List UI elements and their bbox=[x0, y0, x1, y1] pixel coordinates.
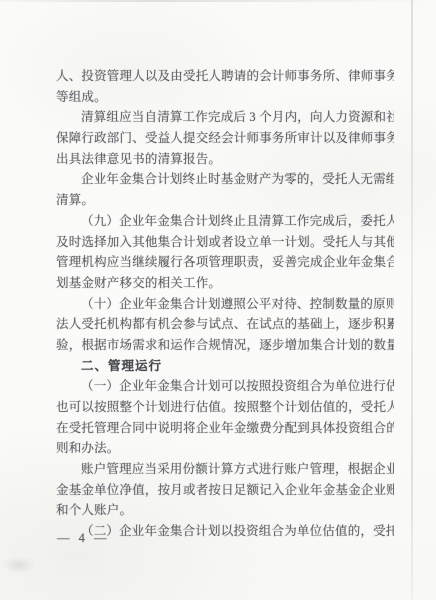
text-line: 和个人账户。 bbox=[56, 500, 394, 521]
page-number: — 4 — bbox=[57, 528, 110, 548]
text-line: 也可以按照整个计划进行估值。按照整个计划估值的，受托人须 bbox=[56, 397, 394, 418]
text-line: 则和办法。 bbox=[56, 438, 394, 459]
text-line: （十）企业年金集合计划遵照公平对待、控制数量的原则，各 bbox=[56, 294, 394, 315]
text-line: 清算。 bbox=[56, 190, 394, 211]
text-line: 金基金单位净值，按月或者按日足额记入企业年金基金企业账户 bbox=[56, 480, 394, 501]
scan-edge-line-artifact bbox=[411, 0, 413, 600]
text-line: 清算组应当自清算工作完成后 3 个月内，向人力资源和社会 bbox=[56, 107, 394, 128]
section-heading: 二、管理运行 bbox=[56, 356, 394, 377]
text-line: 人、投资管理人以及由受托人聘请的会计师事务所、律师事务所 bbox=[56, 66, 394, 87]
scanned-document-page: 人、投资管理人以及由受托人聘请的会计师事务所、律师事务所 等组成。 清算组应当自… bbox=[0, 0, 436, 600]
scan-smudge-artifact bbox=[2, 556, 36, 574]
text-line: 出具法律意见书的清算报告。 bbox=[56, 149, 394, 170]
text-line: 及时选择加入其他集合计划或者设立单一计划。受托人与其他各 bbox=[56, 232, 394, 253]
text-line: 保障行政部门、受益人提交经会计师事务所审计以及律师事务所 bbox=[56, 128, 394, 149]
text-line: 企业年金集合计划终止时基金财产为零的，受托人无需组织 bbox=[56, 169, 394, 190]
text-line: （一）企业年金集合计划可以按照投资组合为单位进行估值， bbox=[56, 376, 394, 397]
text-line: （九）企业年金集合计划终止且清算工作完成后，委托人应当 bbox=[56, 211, 394, 232]
text-line: 验，根据市场需求和运作合规情况，逐步增加集合计划的数量。 bbox=[56, 335, 394, 356]
text-line: 管理机构应当继续履行各项管理职责，妥善完成企业年金集合计 bbox=[56, 252, 394, 273]
text-line: 等组成。 bbox=[56, 87, 394, 108]
document-body: 人、投资管理人以及由受托人聘请的会计师事务所、律师事务所 等组成。 清算组应当自… bbox=[56, 66, 394, 542]
text-line: 法人受托机构都有机会参与试点、在试点的基础上，逐步积累经 bbox=[56, 314, 394, 335]
text-line: 在受托管理合同中说明将企业年金缴费分配到具体投资组合的原 bbox=[56, 418, 394, 439]
text-line: 划基金财产移交的相关工作。 bbox=[56, 273, 394, 294]
text-line: 账户管理应当采用份额计算方式进行账户管理，根据企业年 bbox=[56, 459, 394, 480]
scan-top-edge-artifact bbox=[0, 0, 436, 2]
